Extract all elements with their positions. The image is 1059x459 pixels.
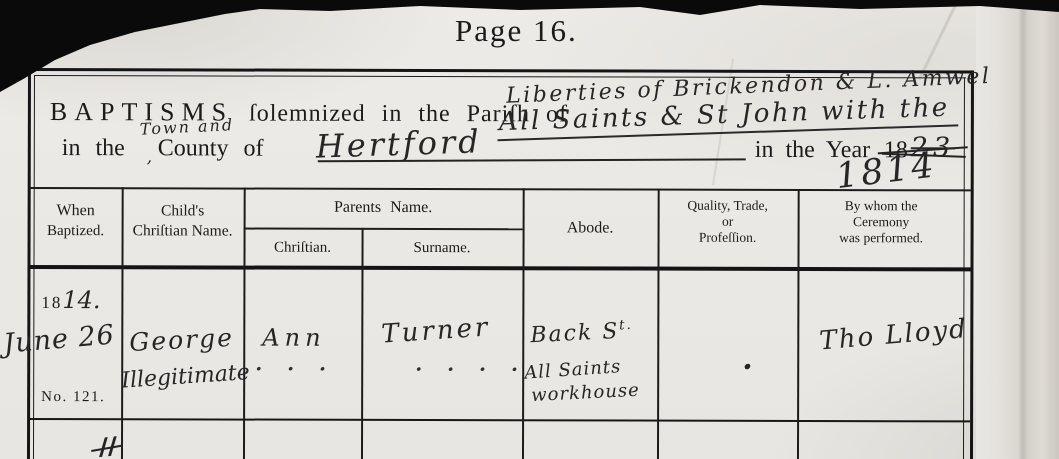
entry-year: 1814. xyxy=(41,286,100,314)
abode-street: Back S xyxy=(530,319,620,348)
quality-line2: or xyxy=(658,214,798,230)
caret-mark: , xyxy=(147,147,152,167)
entry-year-handwritten: 14. xyxy=(62,286,100,314)
entry-abode-line1: Back St. xyxy=(530,317,634,348)
partial-entry-stroke xyxy=(90,436,126,459)
entry-child-note: Illegitimate xyxy=(121,360,251,394)
entry-abode-line3: workhouse xyxy=(531,380,641,406)
bywhom-line3: was performed. xyxy=(798,230,965,246)
header-top-rule xyxy=(30,187,971,191)
child-line2: Chriſtian Name. xyxy=(122,221,244,241)
entry-minister-signature: Tho Lloyd xyxy=(818,314,969,356)
entry-child-name: George xyxy=(129,323,235,357)
entry-parent-christian-dots: · · · xyxy=(255,357,335,381)
register-sheet: BAPTISMSſolemnized in the Pariſh of Libe… xyxy=(0,0,1059,459)
child-line1: Child's xyxy=(122,201,244,221)
column-header-quality-trade: Quality, Trade, or Profeſſion. xyxy=(658,198,798,246)
bywhom-line1: By whom the xyxy=(798,198,965,214)
column-header-by-whom: By whom the Ceremony was performed. xyxy=(798,198,965,246)
column-header-parent-christian: Chriſtian. xyxy=(244,240,362,257)
entry-parent-surname-dots: · · · · xyxy=(415,357,527,381)
when-line2: Baptized. xyxy=(30,221,122,241)
quality-line1: Quality, Trade, xyxy=(658,198,798,214)
table-border-left-outer xyxy=(27,68,31,459)
table-border-right-outer xyxy=(970,70,974,459)
quality-line3: Profeſſion. xyxy=(658,230,798,246)
entry-quality-mark: . xyxy=(742,342,753,377)
entry-parent-christian: Ann xyxy=(262,324,325,352)
abode-street-sup: t. xyxy=(619,317,634,334)
parents-name-subrule xyxy=(244,228,523,230)
header-bottom-rule xyxy=(29,265,970,271)
entry-year-printed: 18 xyxy=(41,293,62,312)
entry-number: No. 121. xyxy=(41,389,105,406)
printed-in-the: in the xyxy=(62,135,125,162)
column-header-parent-surname: Surname. xyxy=(362,240,523,257)
column-header-when-baptized: When Baptized. xyxy=(30,201,122,241)
entry-date: June 26 xyxy=(2,319,116,359)
column-header-abode: Abode. xyxy=(523,219,658,237)
entry-parent-surname: Turner xyxy=(380,312,491,349)
column-divider-christian-surname xyxy=(361,228,363,459)
when-line1: When xyxy=(30,201,122,221)
printed-heading-line1: BAPTISMSſolemnized in the Pariſh of xyxy=(50,97,568,128)
bywhom-line2: Ceremony xyxy=(798,214,965,230)
column-header-childs-name: Child's Chriſtian Name. xyxy=(122,201,244,241)
printed-county-of: County of xyxy=(158,135,264,162)
stroke-line xyxy=(91,445,123,453)
row-divider xyxy=(29,418,970,423)
column-header-parents-name: Parents Name. xyxy=(244,199,523,218)
entry-abode-line2: All Saints xyxy=(524,356,622,383)
scanned-register-page: Page 16. BAPTISMSſolemnized in the Pariſ… xyxy=(0,0,1059,459)
